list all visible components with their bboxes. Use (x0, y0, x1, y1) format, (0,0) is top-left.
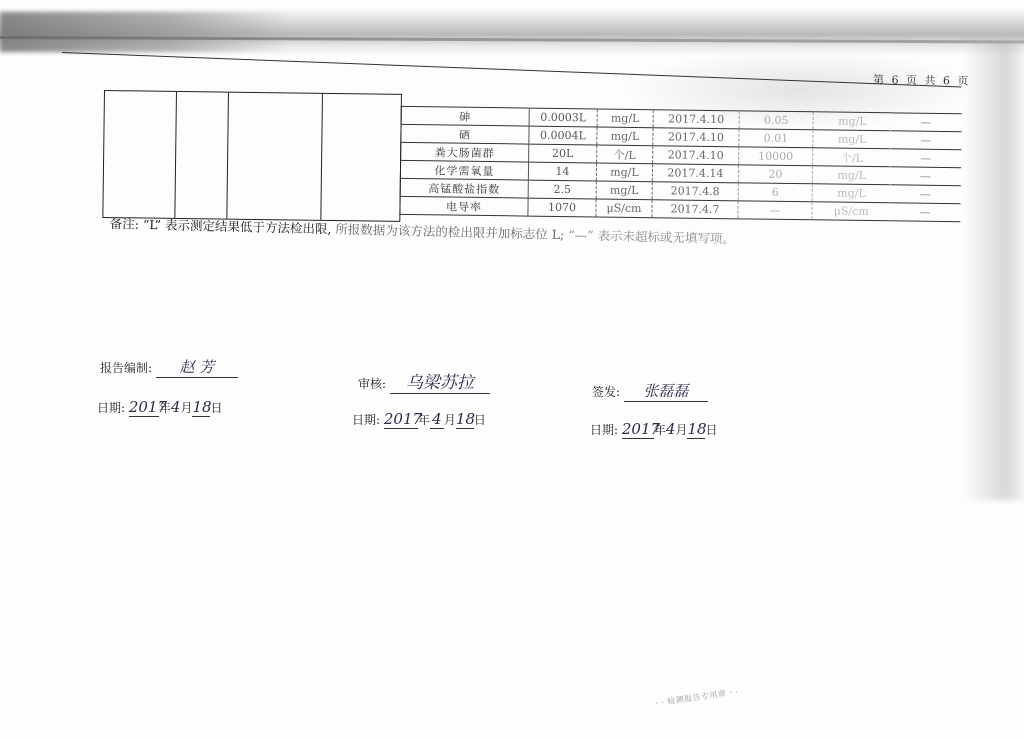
year-suffix: 年 (654, 423, 666, 437)
item-limit: 10000 (739, 147, 813, 166)
page-number: 第 6 页 共 6 页 (873, 71, 971, 88)
remark-part-3: “—” 表示未超标或无填写项。 (568, 227, 735, 246)
reviewer-date-label: 日期: (352, 413, 380, 427)
item-limit: — (738, 201, 812, 220)
remark-part-2: 所报数据为该方法的检出限并加标志位 L; (335, 222, 568, 243)
item-date: 2017.4.10 (653, 146, 739, 165)
merged-blank-cells (102, 90, 402, 222)
item-result: 0.0004L (529, 126, 597, 145)
year-suffix: 年 (159, 401, 171, 415)
day-suffix: 日 (210, 401, 222, 415)
reviewer-label: 审核: (358, 375, 386, 392)
item-exceed: — (891, 113, 961, 132)
item-result: 0.0003L (529, 108, 597, 127)
item-name: 硒 (401, 124, 529, 144)
remark-part-1: 备注: “L” 表示测定结果低于方法检出限, (110, 216, 336, 237)
item-unit: mg/L (597, 109, 653, 128)
item-unit: mg/L (596, 163, 652, 182)
blank-cell (175, 92, 229, 219)
item-result: 2.5 (528, 180, 596, 199)
item-date: 2017.4.10 (653, 128, 739, 147)
item-unit: μS/cm (596, 199, 652, 218)
reviewer-signature-block: 审核: 乌梁苏拉 (358, 368, 490, 394)
item-limit: 6 (738, 183, 812, 202)
scan-shadow-corner (0, 12, 290, 52)
issuer-label: 签发: (592, 383, 620, 400)
item-unit: mg/L (597, 127, 653, 146)
item-date: 2017.4.10 (653, 110, 739, 129)
item-limit: 0.05 (739, 111, 813, 130)
issuer-date-label: 日期: (590, 423, 618, 437)
item-date: 2017.4.7 (652, 200, 738, 219)
item-result: 14 (528, 162, 596, 181)
item-exceed: — (890, 185, 960, 204)
blank-cell (227, 93, 322, 220)
compiler-date-day: 18 (192, 398, 210, 417)
results-data: 砷 0.0003L mg/L 2017.4.10 0.05 mg/L — 硒 0… (399, 106, 961, 222)
item-limit-unit: μS/cm (812, 202, 890, 221)
item-limit: 20 (738, 165, 812, 184)
issuer-date-month: 4 (666, 420, 676, 438)
day-suffix: 日 (705, 423, 717, 437)
item-unit: mg/L (596, 181, 652, 200)
item-limit-unit: 个/L (813, 148, 891, 167)
item-unit: 个/L (597, 145, 653, 164)
reviewer-date-year: 2017 (384, 410, 418, 429)
reviewer-date-day: 18 (456, 410, 474, 429)
faint-stamp-mark: · · 检测报告专用章 · · (655, 686, 740, 709)
item-name: 粪大肠菌群 (401, 142, 529, 162)
issuer-date-year: 2017 (622, 420, 654, 439)
item-date: 2017.4.14 (652, 164, 738, 183)
item-name: 高锰酸盐指数 (400, 178, 528, 198)
item-limit-unit: mg/L (812, 184, 890, 203)
issuer-date-day: 18 (687, 420, 705, 439)
item-name: 电导率 (400, 196, 528, 216)
month-suffix: 月 (180, 401, 192, 415)
item-name: 化学需氧量 (400, 160, 528, 180)
item-exceed: — (890, 167, 960, 186)
compiler-date-year: 2017 (129, 398, 159, 417)
item-result: 1070 (528, 198, 596, 217)
item-exceed: — (890, 203, 960, 222)
compiler-date-block: 日期: 2017年4月18日 (97, 398, 222, 417)
compiler-date-month: 4 (171, 398, 181, 416)
month-suffix: 月 (675, 423, 687, 437)
year-suffix: 年 (418, 413, 430, 427)
scanned-report-page: 第 6 页 共 6 页 砷 0.0003L mg/L 2017.4.10 0.0… (0, 0, 1024, 739)
month-suffix: 月 (444, 413, 456, 427)
issuer-date-block: 日期: 2017年4月18日 (590, 420, 717, 439)
item-limit-unit: mg/L (813, 130, 891, 149)
issuer-signature: 张磊磊 (624, 380, 708, 402)
item-date: 2017.4.8 (652, 182, 738, 201)
compiler-label: 报告编制: (100, 359, 152, 376)
day-suffix: 日 (474, 413, 486, 427)
blank-cell (321, 94, 401, 221)
item-limit-unit: mg/L (812, 166, 890, 185)
reviewer-date-block: 日期: 2017年4月18日 (352, 410, 486, 429)
blank-cell (103, 91, 176, 218)
issuer-signature-block: 签发: 张磊磊 (592, 380, 708, 402)
reviewer-date-month: 4 (430, 410, 444, 429)
item-exceed: — (891, 149, 961, 168)
reviewer-signature: 乌梁苏拉 (390, 368, 490, 394)
compiler-date-label: 日期: (97, 401, 125, 415)
item-result: 20L (529, 144, 597, 163)
compiler-signature: 赵 芳 (156, 356, 238, 378)
item-exceed: — (891, 131, 961, 150)
item-limit-unit: mg/L (813, 112, 891, 131)
compiler-signature-block: 报告编制: 赵 芳 (100, 356, 238, 378)
item-name: 砷 (401, 106, 529, 126)
item-limit: 0.01 (739, 129, 813, 148)
